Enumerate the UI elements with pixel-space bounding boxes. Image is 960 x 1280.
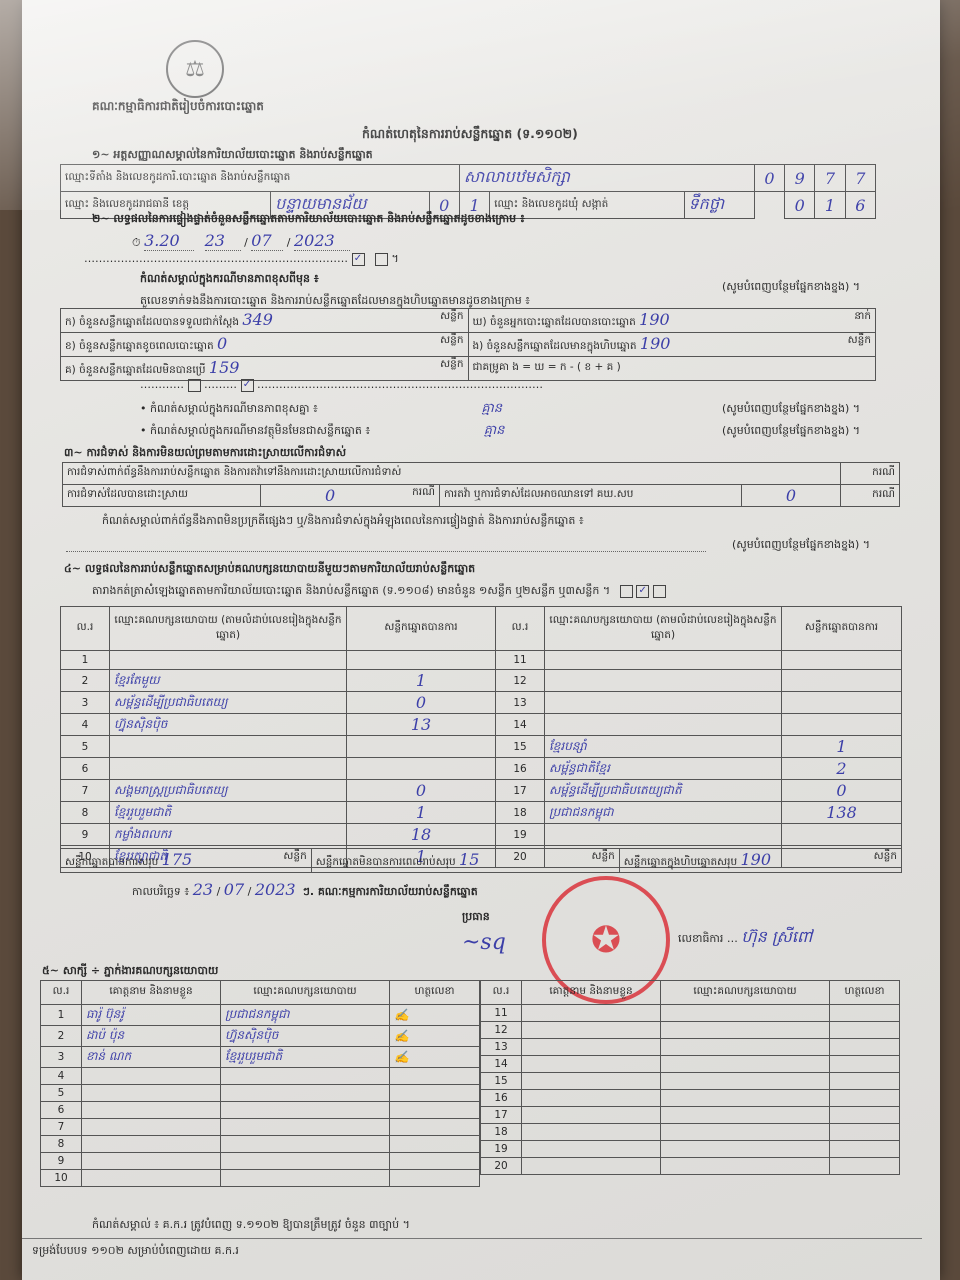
witness-row: 12 [481, 1022, 900, 1039]
witness-party [661, 1022, 830, 1039]
witness-no: 12 [481, 1022, 522, 1039]
party-votes: 13 [347, 714, 496, 736]
row-no: 17 [496, 780, 545, 802]
row-no: 18 [496, 802, 545, 824]
witness-name [522, 1073, 661, 1090]
form-title: កំណត់ហេតុនៃការរាប់សន្លឹកឆ្នោត (ទ.១១០២) [362, 126, 578, 145]
total-valid-label: សន្លឹកឆ្នោតបានការសរុប [65, 856, 158, 868]
objections-table: ការជំទាស់ពាក់ព័ន្ធនឹងការរាប់សន្លឹកឆ្នោត … [62, 462, 900, 507]
witness-no: 5 [41, 1085, 82, 1102]
witness-row: 14 [481, 1056, 900, 1073]
witness-name [522, 1107, 661, 1124]
row-no: 5 [61, 736, 110, 758]
witness-name [82, 1102, 221, 1119]
witness-no: 9 [41, 1153, 82, 1170]
vote-row: 111 [61, 651, 902, 670]
counts-table: ក) ចំនួនសន្លឹកឆ្នោតដែលបានទទួលជាក់ស្តែង 3… [60, 308, 876, 381]
witness-row: 4 [41, 1068, 480, 1085]
witness-no: 17 [481, 1107, 522, 1124]
footer-note: កំណត់សម្គាល់ ៖ គ.ក.រ ត្រូវបំពេញ ទ.១១០២ ឱ… [92, 1218, 410, 1234]
objections-label: ការជំទាស់ពាក់ព័ន្ធនឹងការរាប់សន្លឹកឆ្នោត … [63, 463, 841, 485]
witness-name [522, 1005, 661, 1022]
witness-party [221, 1085, 390, 1102]
witness-name [82, 1085, 221, 1102]
witness-row: 19 [481, 1141, 900, 1158]
party-name: ខ្មែររួបរួមជាតិ [110, 802, 347, 824]
witness-row: 3ខាន់ ណកខ្មែររួបរួមជាតិ✍ [41, 1047, 480, 1068]
total-box-value: 190 [740, 850, 771, 869]
resolved-label: ការជំទាស់ដែលបានដោះស្រាយ [63, 485, 261, 507]
total-valid-value: 175 [162, 850, 193, 869]
commune-code-2: 6 [845, 192, 875, 219]
party-name [545, 670, 782, 692]
signoff-day: 23 [193, 880, 213, 899]
party-name: ហ្វ៊ុនស៊ិនប៉ិច [110, 714, 347, 736]
witness-col-sign: ហត្ថលេខា [390, 981, 480, 1005]
party-votes: 0 [347, 692, 496, 714]
resolved-value: 0 [325, 486, 335, 505]
witness-no: 8 [41, 1136, 82, 1153]
col-no-right: ល.រ [496, 607, 545, 651]
note-discrepancy-value: គ្មាន [481, 401, 502, 416]
total-box-unit: សន្លឹក [874, 850, 897, 865]
count-c-value: 159 [209, 358, 240, 377]
witness-table-left: ល.រ គោត្តនាម និងនាមខ្លួន ឈ្មោះគណបក្សនយោប… [40, 980, 480, 1187]
count-d-unit: នាក់ [854, 310, 871, 325]
commune-value: ទឹកថ្លា [684, 192, 754, 219]
count-e-label: ចំនួនសន្លឹកឆ្នោតដែលមានក្នុងហិបឆ្នោត [487, 340, 637, 352]
party-votes [347, 758, 496, 780]
witness-party [661, 1158, 830, 1175]
prior-note-hint: (សូមបំពេញបន្ថែមផ្នែកខាងខ្នង) ។ [722, 280, 860, 296]
witness-name [82, 1153, 221, 1170]
row1-code-0: 0 [754, 165, 784, 192]
empty-cell [754, 192, 784, 219]
count-a-key: ក [65, 316, 72, 328]
row-no: 8 [61, 802, 110, 824]
vote-row: 7សង្គមរាស្ត្រប្រជាធិបតេយ្យ017សម្ព័ន្ធដើម… [61, 780, 902, 802]
party-votes: 18 [347, 824, 496, 846]
signoff-date-line: កាលបរិច្ឆេទ ៖ 23 / 07 / 2023 ៗ. គណៈកម្មក… [132, 880, 478, 901]
row-no: 4 [61, 714, 110, 736]
row-no: 3 [61, 692, 110, 714]
col-no-left: ល.រ [61, 607, 110, 651]
witness-no: 6 [41, 1102, 82, 1119]
party-name [545, 692, 782, 714]
party-name [110, 736, 347, 758]
witness-col-name: គោត្តនាម និងនាមខ្លួន [82, 981, 221, 1005]
witness-name [82, 1136, 221, 1153]
verify-time: 3.20 [144, 231, 194, 251]
witness-signature [830, 1005, 900, 1022]
witness-party [221, 1068, 390, 1085]
row-no: 9 [61, 824, 110, 846]
secretary-line: លេខាធិការ … ហ៊ុន ស្រីពៅ [678, 926, 812, 950]
section4-heading: ៤~ លទ្ធផលនៃការរាប់សន្លឹកឆ្នោតសម្រាប់គណបក… [64, 562, 475, 578]
witness-name: ដាប៉ ប៉ុន [82, 1026, 221, 1047]
row-no: 13 [496, 692, 545, 714]
party-name: សម្ព័ន្ធដើម្បីប្រជាធិបតេយ្យ [110, 692, 347, 714]
row1-code-2: 7 [815, 165, 845, 192]
party-votes: 2 [782, 758, 902, 780]
sheet-3-checkbox[interactable] [653, 585, 666, 598]
resolved-unit: ករណី [412, 486, 435, 501]
section2-heading: ២~ លទ្ធផលនៃការផ្ទៀងផ្ទាត់ចំនួនសន្លឹកឆ្នោ… [92, 212, 525, 228]
appeal-value: 0 [742, 485, 841, 507]
party-name [545, 651, 782, 670]
row1-value: សាលាបឋមសិក្សា [459, 165, 754, 192]
verify-month: 07 [251, 231, 283, 251]
party-votes: 1 [347, 670, 496, 692]
note-discrepancy-line: • កំណត់សម្គាល់ក្នុងករណីមានភាពខុសគ្នា ៖ គ… [140, 400, 502, 419]
col-party-left: ឈ្មោះគណបក្សនយោបាយ (តាមលំដាប់លេខរៀងក្នុងស… [110, 607, 347, 651]
witness-signature [390, 1170, 480, 1187]
witness-no: 14 [481, 1056, 522, 1073]
count-b-value: 0 [217, 334, 227, 353]
witness-name [522, 1124, 661, 1141]
secretary-name: ហ៊ុន ស្រីពៅ [741, 927, 812, 946]
section3-note: កំណត់សម្គាល់ពាក់ព័ន្ធនឹងភាពមិនប្រក្រតីផ្… [102, 514, 584, 530]
witness-col-no-r: ល.រ [481, 981, 522, 1005]
count-e-value: 190 [640, 334, 671, 353]
verify-year: 2023 [294, 231, 350, 251]
witness-no: 10 [41, 1170, 82, 1187]
witness-signature [830, 1158, 900, 1175]
witness-party [221, 1136, 390, 1153]
note-object-label: កំណត់សម្គាល់ក្នុងករណីមានវត្ថុមិនមែនជាសន្… [150, 424, 370, 437]
witness-no: 3 [41, 1047, 82, 1068]
party-votes-table: ល.រ ឈ្មោះគណបក្សនយោបាយ (តាមលំដាប់លេខរៀងក្… [60, 606, 902, 868]
witness-no: 13 [481, 1039, 522, 1056]
appeal-unit: ករណី [841, 485, 900, 507]
vote-row: 2ខ្មែរតែមួយ112 [61, 670, 902, 692]
footer-divider [22, 1238, 922, 1239]
sheet-note: តារាងកត់ត្រាសំឡេងឆ្នោតតាមការិយាល័យបោះឆ្ន… [92, 584, 610, 597]
witness-party: ប្រជាជនកម្ពុជា [221, 1005, 390, 1026]
witness-no: 4 [41, 1068, 82, 1085]
witness-col-no: ល.រ [41, 981, 82, 1005]
witness-table-right: ល.រ គោត្តនាម និងនាមខ្លួន ឈ្មោះគណបក្សនយោប… [480, 980, 900, 1175]
vote-row: 9កម្លាំងពលករ1819 [61, 824, 902, 846]
note-discrepancy-label: កំណត់សម្គាល់ក្នុងករណីមានភាពខុសគ្នា ៖ [150, 402, 318, 415]
party-name: សង្គមរាស្ត្រប្រជាធិបតេយ្យ [110, 780, 347, 802]
col-votes-right: សន្លឹកឆ្នោតបានការ [782, 607, 902, 651]
org-name: គណៈកម្មាធិការជាតិរៀបចំការបោះឆ្នោត [92, 98, 264, 116]
party-name [545, 824, 782, 846]
seal-status-line: ……………………………………………………………… ✓ ។ [84, 252, 399, 268]
row-no: 15 [496, 736, 545, 758]
row-no: 12 [496, 670, 545, 692]
witness-signature [390, 1136, 480, 1153]
row-no: 16 [496, 758, 545, 780]
party-name: កម្លាំងពលករ [110, 824, 347, 846]
sheet-1-checkbox[interactable] [620, 585, 633, 598]
witness-row: 1ធារ៉ូ ប៊ុនរ៉ូប្រជាជនកម្ពុជា✍ [41, 1005, 480, 1026]
witness-party [221, 1153, 390, 1170]
party-name [110, 758, 347, 780]
witness-name [522, 1141, 661, 1158]
commune-code-0: 0 [785, 192, 815, 219]
witness-signature [390, 1068, 480, 1085]
seal-intact-checkbox[interactable]: ✓ [352, 253, 365, 266]
witness-party [661, 1107, 830, 1124]
witness-no: 11 [481, 1005, 522, 1022]
total-invalid-label: សន្លឹកឆ្នោតមិនបានការពេលរាប់សរុប [316, 856, 456, 868]
total-invalid-unit: សន្លឹក [591, 850, 614, 865]
section1-table: ឈ្មោះទីតាំង និងលេខកូដការិ.បោះឆ្នោត និងរា… [60, 164, 876, 219]
count-d-key: ឃ [473, 316, 483, 328]
witness-name: ខាន់ ណក [82, 1047, 221, 1068]
party-votes: 0 [782, 780, 902, 802]
count-c-label: ចំនួនសន្លឹកឆ្នោតដែលមិនបានប្រើ [79, 364, 205, 376]
witness-signature [830, 1039, 900, 1056]
witness-signature [830, 1090, 900, 1107]
party-votes [782, 670, 902, 692]
witness-signature [830, 1107, 900, 1124]
witness-party [661, 1056, 830, 1073]
col-votes-left: សន្លឹកឆ្នោតបានការ [347, 607, 496, 651]
party-votes [782, 692, 902, 714]
witness-name [82, 1119, 221, 1136]
party-votes [782, 824, 902, 846]
committee-label: ៗ. គណៈកម្មការការិយាល័យរាប់សន្លឹកឆ្នោត [303, 885, 478, 898]
witness-row: 13 [481, 1039, 900, 1056]
witness-row: 7 [41, 1119, 480, 1136]
witness-no: 1 [41, 1005, 82, 1026]
note-object-line: • កំណត់សម្គាល់ក្នុងករណីមានវត្ថុមិនមែនជាស… [140, 422, 504, 441]
party-votes: 138 [782, 802, 902, 824]
count-c-unit: សន្លឹក [440, 358, 463, 373]
formula: ជាគម្រូគា ង = ឃ = ក - ( ខ + គ ) [468, 357, 876, 381]
witness-no: 15 [481, 1073, 522, 1090]
witness-no: 7 [41, 1119, 82, 1136]
row-no: 1 [61, 651, 110, 670]
party-votes: 0 [347, 780, 496, 802]
witness-no: 18 [481, 1124, 522, 1141]
witness-row: 5 [41, 1085, 480, 1102]
count-b-label: ចំនួនសន្លឹកឆ្នោតខូចពេលបោះឆ្នោត [79, 340, 214, 352]
count-a-label: ចំនួនសន្លឹកឆ្នោតដែលបានទទួលជាក់ស្តែង [79, 316, 239, 328]
witness-party [221, 1119, 390, 1136]
vote-totals: សន្លឹកឆ្នោតបានការសរុប 175 សន្លឹក សន្លឹកឆ… [60, 848, 902, 873]
witness-signature: ✍ [390, 1047, 480, 1068]
party-name: ខ្មែរតែមួយ [110, 670, 347, 692]
row-no: 11 [496, 651, 545, 670]
party-votes [782, 651, 902, 670]
secretary-label: លេខាធិការ [678, 932, 723, 945]
row1-code-3: 7 [845, 165, 875, 192]
witness-no: 2 [41, 1026, 82, 1047]
witness-name [522, 1056, 661, 1073]
prior-note-label: កំណត់សម្គាល់ក្នុងករណីមានភាពខុសពីមុន ៖ [140, 272, 319, 288]
count-c-key: គ [65, 364, 72, 376]
witness-party [661, 1039, 830, 1056]
witness-row: 20 [481, 1158, 900, 1175]
count-a-value: 349 [242, 310, 273, 329]
appeal-label: ការតវ៉ា ឬការជំទាស់ដែលអាចឈានទៅ គឃ.សប [439, 485, 741, 507]
witness-party [661, 1090, 830, 1107]
party-name: ប្រជាជនកម្ពុជា [545, 802, 782, 824]
vote-row: 515ខ្មែរបន្សាំ1 [61, 736, 902, 758]
seal-broken-checkbox[interactable] [375, 253, 388, 266]
witness-signature: ✍ [390, 1026, 480, 1047]
witness-col-sign-r: ហត្ថលេខា [830, 981, 900, 1005]
verify-day: 23 [205, 231, 241, 251]
objections-unit: ករណី [841, 463, 900, 485]
row-no: 7 [61, 780, 110, 802]
witness-name [522, 1158, 661, 1175]
row1-label: ឈ្មោះទីតាំង និងលេខកូដការិ.បោះឆ្នោត និងរា… [61, 165, 460, 192]
witness-signature [390, 1102, 480, 1119]
witness-row: 10 [41, 1170, 480, 1187]
witness-col-party-r: ឈ្មោះគណបក្សនយោបាយ [661, 981, 830, 1005]
witness-no: 20 [481, 1158, 522, 1175]
row-no: 14 [496, 714, 545, 736]
form-reference: ទម្រង់បែបបទ ១១០២ សម្រាប់បំពេញដោយ គ.ក.រ [32, 1244, 239, 1260]
total-box-label: សន្លឹកឆ្នោតក្នុងហិបឆ្នោតសរុប [624, 856, 737, 868]
discrepancy-line: ………… ……… ✓ …………………………………………………………………… [140, 378, 543, 392]
witness-signature [390, 1119, 480, 1136]
sheet-note-line: តារាងកត់ត្រាសំឡេងឆ្នោតតាមការិយាល័យបោះឆ្ន… [92, 584, 666, 600]
signoff-month: 07 [224, 880, 244, 899]
party-name [110, 651, 347, 670]
row1-code-1: 9 [785, 165, 815, 192]
row-no: 19 [496, 824, 545, 846]
witness-row: 18 [481, 1124, 900, 1141]
discrepancy-no-checkbox[interactable]: ✓ [241, 379, 254, 392]
vote-row: 8ខ្មែររួបរួមជាតិ118ប្រជាជនកម្ពុជា138 [61, 802, 902, 824]
date-label: កាលបរិច្ឆេទ ៖ [132, 885, 189, 898]
vote-row: 616សម្ព័ន្ធជាតិខ្មែរ2 [61, 758, 902, 780]
section3-hint: (សូមបំពេញបន្ថែមផ្នែកខាងខ្នង) ។ [732, 538, 870, 554]
witness-name [522, 1039, 661, 1056]
section3-heading: ៣~ ការជំទាស់ និងការមិនយល់ព្រមតាមការដោះស្… [64, 446, 346, 462]
vote-row: 3សម្ព័ន្ធដើម្បីប្រជាធិបតេយ្យ013 [61, 692, 902, 714]
party-name: សម្ព័ន្ធជាតិខ្មែរ [545, 758, 782, 780]
witness-party [221, 1170, 390, 1187]
count-b-unit: សន្លឹក [440, 334, 463, 349]
count-d-value: 190 [639, 310, 670, 329]
chair-signature: ~sq [462, 930, 506, 955]
witness-row: 15 [481, 1073, 900, 1090]
witness-row: 6 [41, 1102, 480, 1119]
witness-party [661, 1141, 830, 1158]
chair-label: ប្រធាន [462, 910, 490, 926]
witness-name: ធារ៉ូ ប៊ុនរ៉ូ [82, 1005, 221, 1026]
witness-row: 11 [481, 1005, 900, 1022]
witness-party [221, 1102, 390, 1119]
witness-signature [830, 1056, 900, 1073]
witness-signature [830, 1073, 900, 1090]
total-valid-unit: សន្លឹក [283, 850, 306, 865]
party-votes [782, 714, 902, 736]
witness-signature: ✍ [390, 1005, 480, 1026]
count-a-unit: សន្លឹក [440, 310, 463, 325]
witness-signature [830, 1124, 900, 1141]
sheet-2-checkbox[interactable]: ✓ [636, 585, 649, 598]
party-name: សម្ព័ន្ធដើម្បីប្រជាធិបតេយ្យជាតិ [545, 780, 782, 802]
note-discrepancy-hint: (សូមបំពេញបន្ថែមផ្នែកខាងខ្នង) ។ [722, 402, 860, 418]
witness-party [661, 1073, 830, 1090]
party-votes: 1 [347, 802, 496, 824]
witness-party: ខ្មែររួបរួមជាតិ [221, 1047, 390, 1068]
witness-party [661, 1124, 830, 1141]
row-no: 2 [61, 670, 110, 692]
witness-signature [830, 1141, 900, 1158]
party-votes: 1 [782, 736, 902, 758]
party-votes [347, 736, 496, 758]
discrepancy-yes-checkbox[interactable] [188, 379, 201, 392]
commune-code-1: 1 [815, 192, 845, 219]
witness-party: ហ្វ៊ុនស៊ិនប៉ិច [221, 1026, 390, 1047]
witness-party [661, 1005, 830, 1022]
col-party-right: ឈ្មោះគណបក្សនយោបាយ (តាមលំដាប់លេខរៀងក្នុងស… [545, 607, 782, 651]
witness-col-party: ឈ្មោះគណបក្សនយោបាយ [221, 981, 390, 1005]
witness-row: 17 [481, 1107, 900, 1124]
note-object-value: គ្មាន [484, 423, 505, 438]
witness-row: 2ដាប៉ ប៉ុនហ្វ៊ុនស៊ិនប៉ិច✍ [41, 1026, 480, 1047]
count-d-label: ចំនួនអ្នកបោះឆ្នោតដែលបានបោះឆ្នោត [490, 316, 636, 328]
section1-heading: ១~ អត្តសញ្ញាណសម្គាល់នៃការិយាល័យបោះឆ្នោត … [92, 148, 373, 164]
witness-name [82, 1068, 221, 1085]
witness-row: 16 [481, 1090, 900, 1107]
note-object-hint: (សូមបំពេញបន្ថែមផ្នែកខាងខ្នង) ។ [722, 424, 860, 440]
section5-heading: ៥~ សាក្សី ÷ ភ្នាក់ងារគណបក្សនយោបាយ [42, 964, 218, 980]
section3-note-dots [66, 538, 706, 552]
count-e-key: ង [473, 340, 480, 352]
election-form-paper: ⚖ គណៈកម្មាធិការជាតិរៀបចំការបោះឆ្នោត កំណត… [22, 0, 940, 1280]
count-b-key: ខ [65, 340, 72, 352]
count-e-unit: សន្លឹក [848, 334, 871, 349]
witness-signature [390, 1085, 480, 1102]
row-no: 6 [61, 758, 110, 780]
verification-time-line: ⏱ 3.20 23 / 07 / 2023 [132, 231, 350, 251]
emblem-icon: ⚖ [166, 40, 224, 98]
witness-name [522, 1090, 661, 1107]
witness-col-name-r: គោត្តនាម និងនាមខ្លួន [522, 981, 661, 1005]
total-invalid-value: 15 [459, 850, 479, 869]
witness-name [522, 1022, 661, 1039]
witness-signature [390, 1153, 480, 1170]
witness-signature [830, 1022, 900, 1039]
signoff-year: 2023 [255, 880, 296, 899]
party-votes [347, 651, 496, 670]
party-name [545, 714, 782, 736]
witness-row: 8 [41, 1136, 480, 1153]
witness-name [82, 1170, 221, 1187]
witness-no: 19 [481, 1141, 522, 1158]
witness-row: 9 [41, 1153, 480, 1170]
party-name: ខ្មែរបន្សាំ [545, 736, 782, 758]
witness-no: 16 [481, 1090, 522, 1107]
vote-row: 4ហ្វ៊ុនស៊ិនប៉ិច1314 [61, 714, 902, 736]
